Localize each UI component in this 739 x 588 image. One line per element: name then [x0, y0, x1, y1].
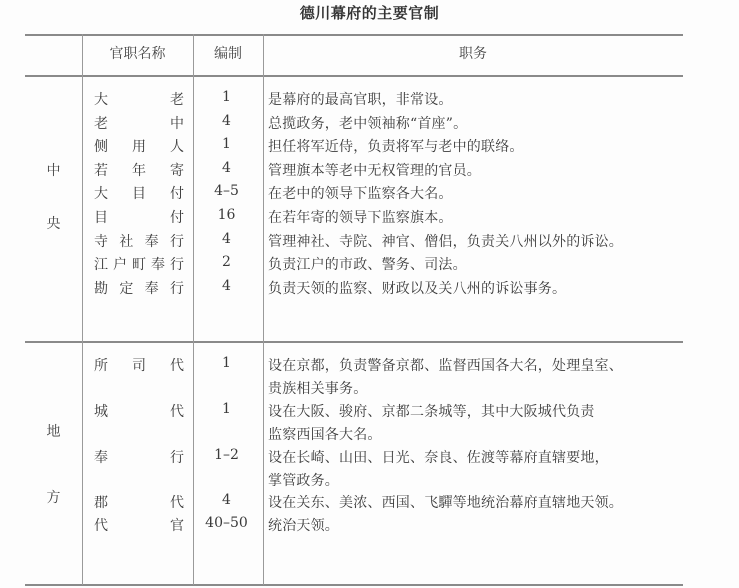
title-name-char: 大: [94, 89, 108, 109]
title-name-cell: 寺社奉行: [94, 231, 184, 251]
duty-cell: 在老中的领导下监察各大名。: [268, 183, 688, 206]
count-cell: 1–2: [193, 447, 260, 463]
title-name-cell: 奉行: [94, 447, 184, 467]
title-name-char: 老: [170, 89, 184, 109]
title-name-char: 行: [170, 278, 184, 298]
duty-line: 在老中的领导下监察各大名。: [268, 183, 688, 206]
table-title: 德川幕府的主要官制: [0, 2, 739, 23]
title-name-char: 年: [132, 160, 146, 180]
title-name-char: 奉: [151, 254, 165, 274]
header-rule: [25, 75, 683, 77]
title-name-cell: 勘定奉行: [94, 278, 184, 298]
count-cell: 4–5: [193, 183, 260, 199]
title-name-cell: 若年寄: [94, 160, 184, 180]
title-name-char: 若: [94, 160, 108, 180]
duty-line: 是幕府的最高官职，非常设。: [268, 89, 688, 112]
duty-cell: 管理旗本等老中无权管理的官员。: [268, 160, 688, 183]
title-name-char: 大: [94, 183, 108, 203]
title-name-char: 用: [132, 136, 146, 156]
title-name-char: [132, 515, 146, 535]
duty-cell: 总揽政务，老中领袖称“首座”。: [268, 113, 688, 136]
table-row: 大目付4–5在老中的领导下监察各大名。: [82, 183, 683, 205]
table-row: 勘定奉行4负责天领的监察、财政以及关八州的诉讼事务。: [82, 278, 683, 300]
section-divider: [25, 341, 683, 343]
count-cell: 1: [193, 355, 260, 371]
title-name-char: 代: [94, 515, 108, 535]
title-name-char: 江: [94, 254, 108, 274]
duty-cell: 设在京都，负责警备京都、监督西国各大名，处理皇室、贵族相关事务。: [268, 355, 688, 401]
title-name-char: 代: [170, 355, 184, 375]
table-row: 郡代4设在关东、美浓、西国、飞驒等地统治幕府直辖地天领。: [82, 492, 683, 514]
count-cell: 4: [193, 492, 260, 508]
title-name-char: 老: [94, 113, 108, 133]
title-name-char: [132, 89, 146, 109]
header-duty: 职务: [263, 34, 683, 75]
table-row: 若年寄4管理旗本等老中无权管理的官员。: [82, 160, 683, 182]
duty-cell: 设在大阪、骏府、京都二条城等，其中大阪城代负责监察西国各大名。: [268, 401, 688, 447]
duty-cell: 设在关东、美浓、西国、飞驒等地统治幕府直辖地天领。: [268, 492, 688, 515]
table-row: 江户町奉行2负责江户的市政、警务、司法。: [82, 254, 683, 276]
title-name-cell: 城代: [94, 401, 184, 421]
count-cell: 4: [193, 160, 260, 176]
table-row: 老中4总揽政务，老中领袖称“首座”。: [82, 113, 683, 135]
count-cell: 2: [193, 254, 260, 270]
table-row: 城代1设在大阪、骏府、京都二条城等，其中大阪城代负责监察西国各大名。: [82, 401, 683, 423]
duty-cell: 管理神社、寺院、神官、僧侣，负责关八州以外的诉讼。: [268, 231, 688, 254]
duty-line: 设在大阪、骏府、京都二条城等，其中大阪城代负责: [268, 401, 688, 424]
title-name-char: 人: [170, 136, 184, 156]
duty-cell: 担任将军近侍，负责将军与老中的联络。: [268, 136, 688, 159]
title-name-char: 侧: [94, 136, 108, 156]
duty-cell: 在若年寄的领导下监察旗本。: [268, 207, 688, 230]
duty-line: 掌管政务。: [268, 470, 688, 493]
title-name-cell: 江户町奉行: [94, 254, 184, 274]
count-cell: 1: [193, 401, 260, 417]
title-name-char: 官: [170, 515, 184, 535]
duty-cell: 负责天领的监察、财政以及关八州的诉讼事务。: [268, 278, 688, 301]
table-row: 寺社奉行4管理神社、寺院、神官、僧侣，负责关八州以外的诉讼。: [82, 231, 683, 253]
title-name-cell: 大目付: [94, 183, 184, 203]
table-row: 所司代1设在京都，负责警备京都、监督西国各大名，处理皇室、贵族相关事务。: [82, 355, 683, 377]
title-name-char: 所: [94, 355, 108, 375]
title-name-char: [132, 113, 146, 133]
title-name-char: 付: [170, 183, 184, 203]
table-row: 大老1是幕府的最高官职，非常设。: [82, 89, 683, 111]
region-label-local-2: 方: [25, 487, 82, 507]
title-name-char: 奉: [94, 447, 108, 467]
duty-line: 管理旗本等老中无权管理的官员。: [268, 160, 688, 183]
title-name-char: 奉: [145, 278, 159, 298]
title-name-char: 社: [119, 231, 133, 251]
duty-line: 总揽政务，老中领袖称“首座”。: [268, 113, 688, 136]
table-row: 代官40–50统治天领。: [82, 515, 683, 537]
title-name-char: 町: [132, 254, 146, 274]
title-name-char: 目: [132, 183, 146, 203]
title-name-char: 定: [119, 278, 133, 298]
title-name-cell: 侧用人: [94, 136, 184, 156]
bottom-rule: [25, 584, 683, 586]
title-name-char: 代: [170, 401, 184, 421]
duty-line: 贵族相关事务。: [268, 378, 688, 401]
title-name-char: [132, 207, 146, 227]
title-name-cell: 代官: [94, 515, 184, 535]
title-name-cell: 郡代: [94, 492, 184, 512]
title-name-char: 城: [94, 401, 108, 421]
count-cell: 1: [193, 136, 260, 152]
title-name-char: 寄: [170, 160, 184, 180]
count-cell: 16: [193, 207, 260, 223]
duty-line: 担任将军近侍，负责将军与老中的联络。: [268, 136, 688, 159]
duty-line: 设在京都，负责警备京都、监督西国各大名，处理皇室、: [268, 355, 688, 378]
table-row: 侧用人1担任将军近侍，负责将军与老中的联络。: [82, 136, 683, 158]
title-name-cell: 目付: [94, 207, 184, 227]
title-name-char: [132, 401, 146, 421]
title-name-char: 行: [170, 254, 184, 274]
duty-cell: 设在长崎、山田、日光、奈良、佐渡等幕府直辖要地，掌管政务。: [268, 447, 688, 493]
count-cell: 1: [193, 89, 260, 105]
header-region: [25, 34, 82, 75]
title-name-char: 郡: [94, 492, 108, 512]
title-name-cell: 老中: [94, 113, 184, 133]
duty-line: 管理神社、寺院、神官、僧侣，负责关八州以外的诉讼。: [268, 231, 688, 254]
region-label-central-1: 中: [25, 160, 82, 180]
table-row: 目付16在若年寄的领导下监察旗本。: [82, 207, 683, 229]
duty-line: 负责江户的市政、警务、司法。: [268, 254, 688, 277]
title-name-char: 行: [170, 447, 184, 467]
title-name-char: 行: [170, 231, 184, 251]
duty-line: 统治天领。: [268, 515, 688, 538]
duty-line: 监察西国各大名。: [268, 424, 688, 447]
header-count: 编制: [193, 34, 263, 75]
title-name-char: 勘: [94, 278, 108, 298]
title-name-char: 代: [170, 492, 184, 512]
title-name-cell: 大老: [94, 89, 184, 109]
duty-cell: 负责江户的市政、警务、司法。: [268, 254, 688, 277]
duty-cell: 统治天领。: [268, 515, 688, 538]
title-name-char: 户: [113, 254, 127, 274]
region-label-central-2: 央: [25, 213, 82, 233]
region-label-local-1: 地: [25, 421, 82, 441]
duty-line: 设在长崎、山田、日光、奈良、佐渡等幕府直辖要地，: [268, 447, 688, 470]
title-name-char: 司: [132, 355, 146, 375]
count-cell: 4: [193, 278, 260, 294]
duty-cell: 是幕府的最高官职，非常设。: [268, 89, 688, 112]
header-title-name: 官职名称: [82, 34, 193, 75]
title-name-char: 目: [94, 207, 108, 227]
count-cell: 4: [193, 113, 260, 129]
table-row: 奉行1–2设在长崎、山田、日光、奈良、佐渡等幕府直辖要地，掌管政务。: [82, 447, 683, 469]
count-cell: 40–50: [193, 515, 260, 531]
title-name-cell: 所司代: [94, 355, 184, 375]
duty-line: 负责天领的监察、财政以及关八州的诉讼事务。: [268, 278, 688, 301]
title-name-char: 中: [170, 113, 184, 133]
duty-line: 设在关东、美浓、西国、飞驒等地统治幕府直辖地天领。: [268, 492, 688, 515]
title-name-char: 寺: [94, 231, 108, 251]
title-name-char: [132, 447, 146, 467]
duty-line: 在若年寄的领导下监察旗本。: [268, 207, 688, 230]
title-name-char: 付: [170, 207, 184, 227]
title-name-char: 奉: [145, 231, 159, 251]
title-name-char: [132, 492, 146, 512]
count-cell: 4: [193, 231, 260, 247]
